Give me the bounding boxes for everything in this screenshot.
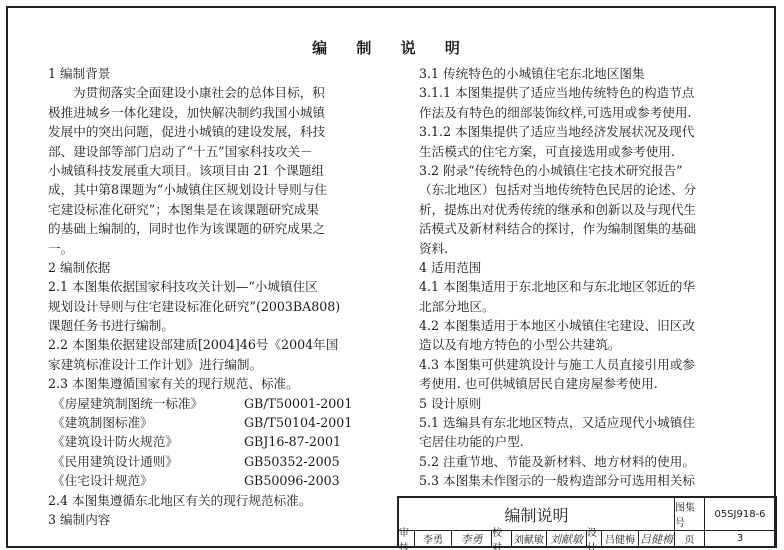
standard-row: 《房屋建筑制图统一标准》GB/T50001-2001 — [48, 394, 388, 413]
reviewer-signature: 李勇 — [452, 531, 492, 546]
text-line: 2.4 本图集遵循东北地区有关的现行规范标准。 — [48, 491, 388, 510]
atlas-number-label: 图集号 — [675, 498, 705, 530]
text-line: 2.1 本图集依据国家科技攻关计划—“小城镇住区 — [48, 277, 388, 296]
text-line: 3.1.1 本图集提供了适应当地传统特色的构造节点 — [419, 83, 759, 102]
page-label: 页 — [675, 531, 705, 546]
standard-code: GB50352-2005 — [244, 452, 340, 471]
checker-signature: 刘献敏 — [547, 531, 587, 546]
text-line: 宅建设标准化研究”；本图集是在该课题研究成果 — [48, 200, 388, 219]
text-line: 3.2 附录“传统特色的小城镇住宅技术研究报告” — [419, 161, 759, 180]
text-line: 5.3 本图集未作图示的一般构造部分可选用相关标 — [419, 471, 759, 490]
text-line: 一。 — [48, 239, 388, 258]
title-block: 编制说明 图集号 05SJ918-6 审核 李勇 李勇 校对 刘献敏 刘献敏 设… — [397, 496, 777, 546]
standard-name: 《建筑设计防火规范》 — [52, 432, 244, 451]
text-line: 4.3 本图集可供建筑设计与施工人员直接引用或参 — [419, 355, 759, 374]
standard-row: 《建筑制图标准》GB/T50104-2001 — [48, 413, 388, 432]
page-title: 编 制 说 明 — [0, 37, 784, 58]
text-line: 作法及有特色的细部装饰纹样,可选用或参考使用. — [419, 103, 759, 122]
text-line: 小城镇科技发展重大项目。该项目由 21 个课题组 — [48, 161, 388, 180]
text-line: 极推进城乡一体化建设，加快解决制约我国小城镇 — [48, 103, 388, 122]
text-line: 为贯彻落实全面建设小康社会的总体目标，积 — [48, 83, 388, 102]
standard-code: GB/T50001-2001 — [244, 394, 352, 413]
text-line: 造以及有地方特色的小型公共建筑。 — [419, 335, 759, 354]
text-line: 发展中的突出问题，促进小城镇的建设发展，科技 — [48, 122, 388, 141]
section-heading: 2 编制依据 — [48, 258, 388, 277]
section-heading: 3 编制内容 — [48, 510, 388, 529]
checker-name: 刘献敏 — [512, 531, 547, 546]
text-line: 家建筑标准设计工作计划》进行编制。 — [48, 355, 388, 374]
left-column: 1 编制背景为贯彻落实全面建设小康社会的总体目标，积极推进城乡一体化建设，加快解… — [48, 64, 388, 529]
standard-name: 《房屋建筑制图统一标准》 — [52, 394, 244, 413]
title-block-row-signatures: 审核 李勇 李勇 校对 刘献敏 刘献敏 设计 吕健梅 吕健梅 页 3 — [399, 531, 777, 546]
standard-code: GB50096-2003 — [244, 471, 340, 490]
checker-label: 校对 — [492, 531, 512, 546]
atlas-number: 05SJ918-6 — [705, 498, 777, 530]
standard-name: 《民用建筑设计通则》 — [52, 452, 244, 471]
text-line: 北部分地区。 — [419, 297, 759, 316]
page-number: 3 — [705, 531, 777, 546]
text-line: 析，提炼出对优秀传统的继承和创新以及与现代生 — [419, 200, 759, 219]
standard-row: 《住宅设计规范》GB50096-2003 — [48, 471, 388, 490]
reviewer-name: 李勇 — [415, 531, 452, 546]
text-line: 4.2 本图集适用于本地区小城镇住宅建设、旧区改 — [419, 316, 759, 335]
standard-row: 《民用建筑设计通则》GB50352-2005 — [48, 452, 388, 471]
standard-row: 《建筑设计防火规范》GBJ16-87-2001 — [48, 432, 388, 451]
right-column: 3.1 传统特色的小城镇住宅东北地区图集3.1.1 本图集提供了适应当地传统特色… — [419, 64, 759, 491]
text-line: 规划设计导则与住宅建设标准化研究”(2003BA808) — [48, 297, 388, 316]
text-line: 生活模式的住宅方案，可直接选用或参考使用. — [419, 142, 759, 161]
section-heading: 1 编制背景 — [48, 64, 388, 83]
text-line: 的基础上编制的，同时也作为该课题的研究成果之 — [48, 219, 388, 238]
text-line: 宅居住功能的户型. — [419, 432, 759, 451]
designer-signature: 吕健梅 — [639, 531, 675, 546]
text-line: 5.1 选编具有东北地区特点，又适应现代小城镇住 — [419, 413, 759, 432]
drawing-title: 编制说明 — [399, 498, 675, 530]
text-line: 4.1 本图集适用于东北地区和与东北地区邻近的华 — [419, 277, 759, 296]
text-line: 课题任务书进行编制。 — [48, 316, 388, 335]
standard-code: GB/T50104-2001 — [244, 413, 352, 432]
designer-name: 吕健梅 — [602, 531, 639, 546]
text-line: （东北地区）包括对当地传统特色民居的论述、分 — [419, 180, 759, 199]
text-line: 活模式及新材料结合的探讨，作为编制图集的基础 — [419, 219, 759, 238]
text-line: 资料. — [419, 239, 759, 258]
standard-name: 《住宅设计规范》 — [52, 471, 244, 490]
standards-list: 《房屋建筑制图统一标准》GB/T50001-2001《建筑制图标准》GB/T50… — [48, 394, 388, 491]
text-line: 4 适用范围 — [419, 258, 759, 277]
text-line: 考使用. 也可供城镇居民自建房屋参考使用. — [419, 374, 759, 393]
designer-label: 设计 — [587, 531, 602, 546]
text-line: 5 设计原则 — [419, 394, 759, 413]
text-line: 5.2 注重节地、节能及新材料、地方材料的使用。 — [419, 452, 759, 471]
text-line: 部、建设部等部门启动了“十五”国家科技攻关－ — [48, 142, 388, 161]
standard-name: 《建筑制图标准》 — [52, 413, 244, 432]
text-line: 成，其中第8课题为“小城镇住区规划设计导则与住 — [48, 180, 388, 199]
text-line: 2.3 本图集遵循国家有关的现行规范、标准。 — [48, 374, 388, 393]
reviewer-label: 审核 — [399, 531, 415, 546]
text-line: 2.2 本图集依据建设部建质[2004]46号《2004年国 — [48, 335, 388, 354]
text-line: 3.1.2 本图集提供了适应当地经济发展状况及现代 — [419, 122, 759, 141]
text-line: 3.1 传统特色的小城镇住宅东北地区图集 — [419, 64, 759, 83]
standard-code: GBJ16-87-2001 — [244, 432, 341, 451]
